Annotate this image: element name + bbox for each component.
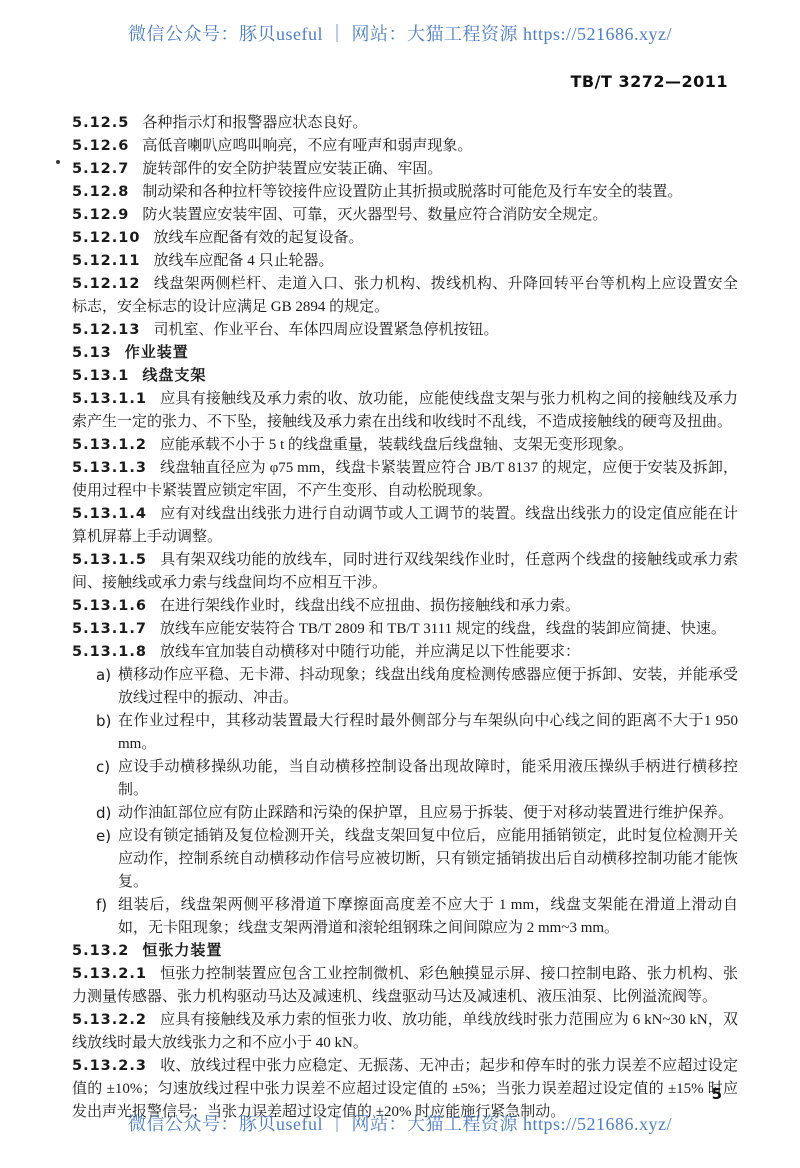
clause-5.13.2: 5.13.2恒张力装置 xyxy=(72,940,738,963)
clause-5.13.1.8: 5.13.1.8放线车宜加装自动横移对中随行功能，并应满足以下性能要求： xyxy=(72,641,738,664)
clause-5.12.13: 5.12.13司机室、作业平台、车体四周应设置紧急停机按钮。 xyxy=(72,319,738,342)
clause-number: 5.12.10 xyxy=(72,230,140,246)
clause-text: 制动梁和各种拉杆等铰接件应设置防止其折损或脱落时可能危及行车安全的装置。 xyxy=(142,184,682,200)
clause-text: 高低音喇叭应鸣叫响亮，不应有哑声和弱声现象。 xyxy=(142,138,472,154)
list-item-c: c)应设手动横移操纵功能，当自动横移控制设备出现故障时，能采用液压操纵手柄进行横… xyxy=(72,756,738,802)
clause-text: 恒张力装置 xyxy=(142,943,222,959)
clause-5.13.1.2: 5.13.1.2应能承载不小于 5 t 的线盘重量，装载线盘后线盘轴、支架无变形… xyxy=(72,434,738,457)
clause-text: 作业装置 xyxy=(125,345,189,361)
doc-number: TB/T 3272—2011 xyxy=(571,72,729,91)
clause-text: 防火装置应安装牢固、可靠，灭火器型号、数量应符合消防安全规定。 xyxy=(142,207,607,223)
clause-5.12.11: 5.12.11放线车应配备 4 只止轮器。 xyxy=(72,250,738,273)
clause-5.12.7: 5.12.7旋转部件的安全防护装置应安装正确、牢固。 xyxy=(72,158,738,181)
clause-text: 司机室、作业平台、车体四周应设置紧急停机按钮。 xyxy=(153,322,498,338)
scan-speck xyxy=(56,160,60,164)
clause-5.13.2.1: 5.13.2.1恒张力控制装置应包含工业控制微机、彩色触摸显示屏、接口控制电路、… xyxy=(72,963,738,1009)
clause-text: 放线车应配备有效的起复设备。 xyxy=(153,230,363,246)
clause-number: 5.13.1.5 xyxy=(72,552,147,568)
list-item-a: a)横移动作应平稳、无卡滞、抖动现象；线盘出线角度检测传感器应便于拆卸、安装，并… xyxy=(72,664,738,710)
clause-number: 5.12.7 xyxy=(72,161,129,177)
clause-5.12.12: 5.12.12线盘架两侧栏杆、走道入口、张力机构、拨线机构、升降回转平台等机构上… xyxy=(72,273,738,319)
clause-number: 5.13.1 xyxy=(72,368,129,384)
list-item-marker: a) xyxy=(96,664,111,687)
clause-text: 应能承载不小于 5 t 的线盘重量，装载线盘后线盘轴、支架无变形现象。 xyxy=(160,437,633,453)
watermark-top: 微信公众号：豚贝useful ｜ 网站：大猫工程资源 https://52168… xyxy=(0,20,800,46)
document-body: 5.12.5各种指示灯和报警器应状态良好。5.12.6高低音喇叭应鸣叫响亮，不应… xyxy=(72,112,738,1124)
list-item-marker: f) xyxy=(96,894,107,917)
clause-number: 5.12.6 xyxy=(72,138,129,154)
list-item-f: f)组装后，线盘架两侧平移滑道下摩擦面高度差不应大于 1 mm，线盘支架能在滑道… xyxy=(72,894,738,940)
clause-number: 5.13.2 xyxy=(72,943,129,959)
clause-number: 5.12.5 xyxy=(72,115,129,131)
clause-5.13.1.1: 5.13.1.1应具有接触线及承力索的收、放功能，应能使线盘支架与张力机构之间的… xyxy=(72,388,738,434)
clause-number: 5.13.1.7 xyxy=(72,621,147,637)
clause-text: 旋转部件的安全防护装置应安装正确、牢固。 xyxy=(142,161,442,177)
list-item-marker: b) xyxy=(96,710,111,733)
list-item-d: d)动作油缸部位应有防止踩踏和污染的保护罩，且应易于拆装、便于对移动装置进行维护… xyxy=(72,802,738,825)
clause-text: 线盘支架 xyxy=(142,368,206,384)
clause-number: 5.12.13 xyxy=(72,322,140,338)
clause-text: 应具有接触线及承力索的恒张力收、放功能，单线放线时张力范围应为 6 kN~30 … xyxy=(72,1012,738,1051)
list-item-text: 动作油缸部位应有防止踩踏和污染的保护罩，且应易于拆装、便于对移动装置进行维护保养… xyxy=(118,805,733,821)
clause-number: 5.13.1.1 xyxy=(72,391,147,407)
clause-text: 在进行架线作业时，线盘出线不应扭曲、损伤接触线和承力索。 xyxy=(160,598,580,614)
clause-text: 线盘轴直径应为 φ75 mm，线盘卡紧装置应符合 JB/T 8137 的规定，应… xyxy=(72,460,738,499)
clause-number: 5.12.8 xyxy=(72,184,129,200)
clause-5.13.1.3: 5.13.1.3线盘轴直径应为 φ75 mm，线盘卡紧装置应符合 JB/T 81… xyxy=(72,457,738,503)
clause-text: 放线车宜加装自动横移对中随行功能，并应满足以下性能要求： xyxy=(160,644,580,660)
clause-text: 线盘架两侧栏杆、走道入口、张力机构、拨线机构、升降回转平台等机构上应设置安全标志… xyxy=(72,276,738,315)
page-number: 5 xyxy=(712,1085,722,1103)
clause-5.12.6: 5.12.6高低音喇叭应鸣叫响亮，不应有哑声和弱声现象。 xyxy=(72,135,738,158)
clause-5.13.1.5: 5.13.1.5具有架双线功能的放线车，同时进行双线架线作业时，任意两个线盘的接… xyxy=(72,549,738,595)
clause-5.12.10: 5.12.10放线车应配备有效的起复设备。 xyxy=(72,227,738,250)
clause-text: 放线车应能安装符合 TB/T 2809 和 TB/T 3111 规定的线盘，线盘… xyxy=(160,621,726,637)
clause-5.12.5: 5.12.5各种指示灯和报警器应状态良好。 xyxy=(72,112,738,135)
clause-text: 各种指示灯和报警器应状态良好。 xyxy=(142,115,367,131)
clause-5.13.2.2: 5.13.2.2应具有接触线及承力索的恒张力收、放功能，单线放线时张力范围应为 … xyxy=(72,1009,738,1055)
clause-number: 5.13.1.4 xyxy=(72,506,147,522)
clause-text: 应有对线盘出线张力进行自动调节或人工调节的装置。线盘出线张力的设定值应能在计算机… xyxy=(72,506,738,545)
clause-number: 5.12.12 xyxy=(72,276,140,292)
clause-text: 恒张力控制装置应包含工业控制微机、彩色触摸显示屏、接口控制电路、张力机构、张力测… xyxy=(72,966,738,1005)
clause-5.13.1.7: 5.13.1.7放线车应能安装符合 TB/T 2809 和 TB/T 3111 … xyxy=(72,618,738,641)
clause-text: 具有架双线功能的放线车，同时进行双线架线作业时，任意两个线盘的接触线或承力索间、… xyxy=(72,552,738,591)
clause-5.13.1.4: 5.13.1.4应有对线盘出线张力进行自动调节或人工调节的装置。线盘出线张力的设… xyxy=(72,503,738,549)
clause-5.13.1: 5.13.1线盘支架 xyxy=(72,365,738,388)
list-item-text: 在作业过程中，其移动装置最大行程时最外侧部分与车架纵向中心线之间的距离不大于1 … xyxy=(118,713,738,752)
list-item-marker: c) xyxy=(96,756,110,779)
clause-number: 5.13 xyxy=(72,345,112,361)
clause-number: 5.13.1.3 xyxy=(72,460,147,476)
clause-number: 5.13.2.2 xyxy=(72,1012,147,1028)
list-item-b: b)在作业过程中，其移动装置最大行程时最外侧部分与车架纵向中心线之间的距离不大于… xyxy=(72,710,738,756)
clause-number: 5.12.9 xyxy=(72,207,129,223)
list-item-text: 组装后，线盘架两侧平移滑道下摩擦面高度差不应大于 1 mm，线盘支架能在滑道上滑… xyxy=(118,897,738,936)
clause-number: 5.13.1.2 xyxy=(72,437,147,453)
list-item-text: 应设有锁定插销及复位检测开关，线盘支架回复中位后，应能用插销锁定，此时复位检测开… xyxy=(118,828,738,890)
list-item-text: 横移动作应平稳、无卡滞、抖动现象；线盘出线角度检测传感器应便于拆卸、安装，并能承… xyxy=(118,667,738,706)
clause-5.12.8: 5.12.8制动梁和各种拉杆等铰接件应设置防止其折损或脱落时可能危及行车安全的装… xyxy=(72,181,738,204)
clause-number: 5.13.1.8 xyxy=(72,644,147,660)
clause-5.12.9: 5.12.9防火装置应安装牢固、可靠，灭火器型号、数量应符合消防安全规定。 xyxy=(72,204,738,227)
clause-number: 5.13.2.3 xyxy=(72,1058,147,1074)
watermark-bottom: 微信公众号：豚贝useful ｜ 网站：大猫工程资源 https://52168… xyxy=(0,1110,800,1136)
clause-5.13.1.6: 5.13.1.6在进行架线作业时，线盘出线不应扭曲、损伤接触线和承力索。 xyxy=(72,595,738,618)
clause-text: 应具有接触线及承力索的收、放功能，应能使线盘支架与张力机构之间的接触线及承力索产… xyxy=(72,391,738,430)
document-page: 微信公众号：豚贝useful ｜ 网站：大猫工程资源 https://52168… xyxy=(0,0,800,1168)
list-item-e: e)应设有锁定插销及复位检测开关，线盘支架回复中位后，应能用插销锁定，此时复位检… xyxy=(72,825,738,894)
clause-text: 放线车应配备 4 只止轮器。 xyxy=(153,253,333,269)
clause-5.13: 5.13作业装置 xyxy=(72,342,738,365)
clause-number: 5.13.1.6 xyxy=(72,598,147,614)
list-item-marker: d) xyxy=(96,802,111,825)
clause-number: 5.12.11 xyxy=(72,253,140,269)
list-item-marker: e) xyxy=(96,825,111,848)
list-item-text: 应设手动横移操纵功能，当自动横移控制设备出现故障时，能采用液压操纵手柄进行横移控… xyxy=(118,759,738,798)
clause-number: 5.13.2.1 xyxy=(72,966,147,982)
